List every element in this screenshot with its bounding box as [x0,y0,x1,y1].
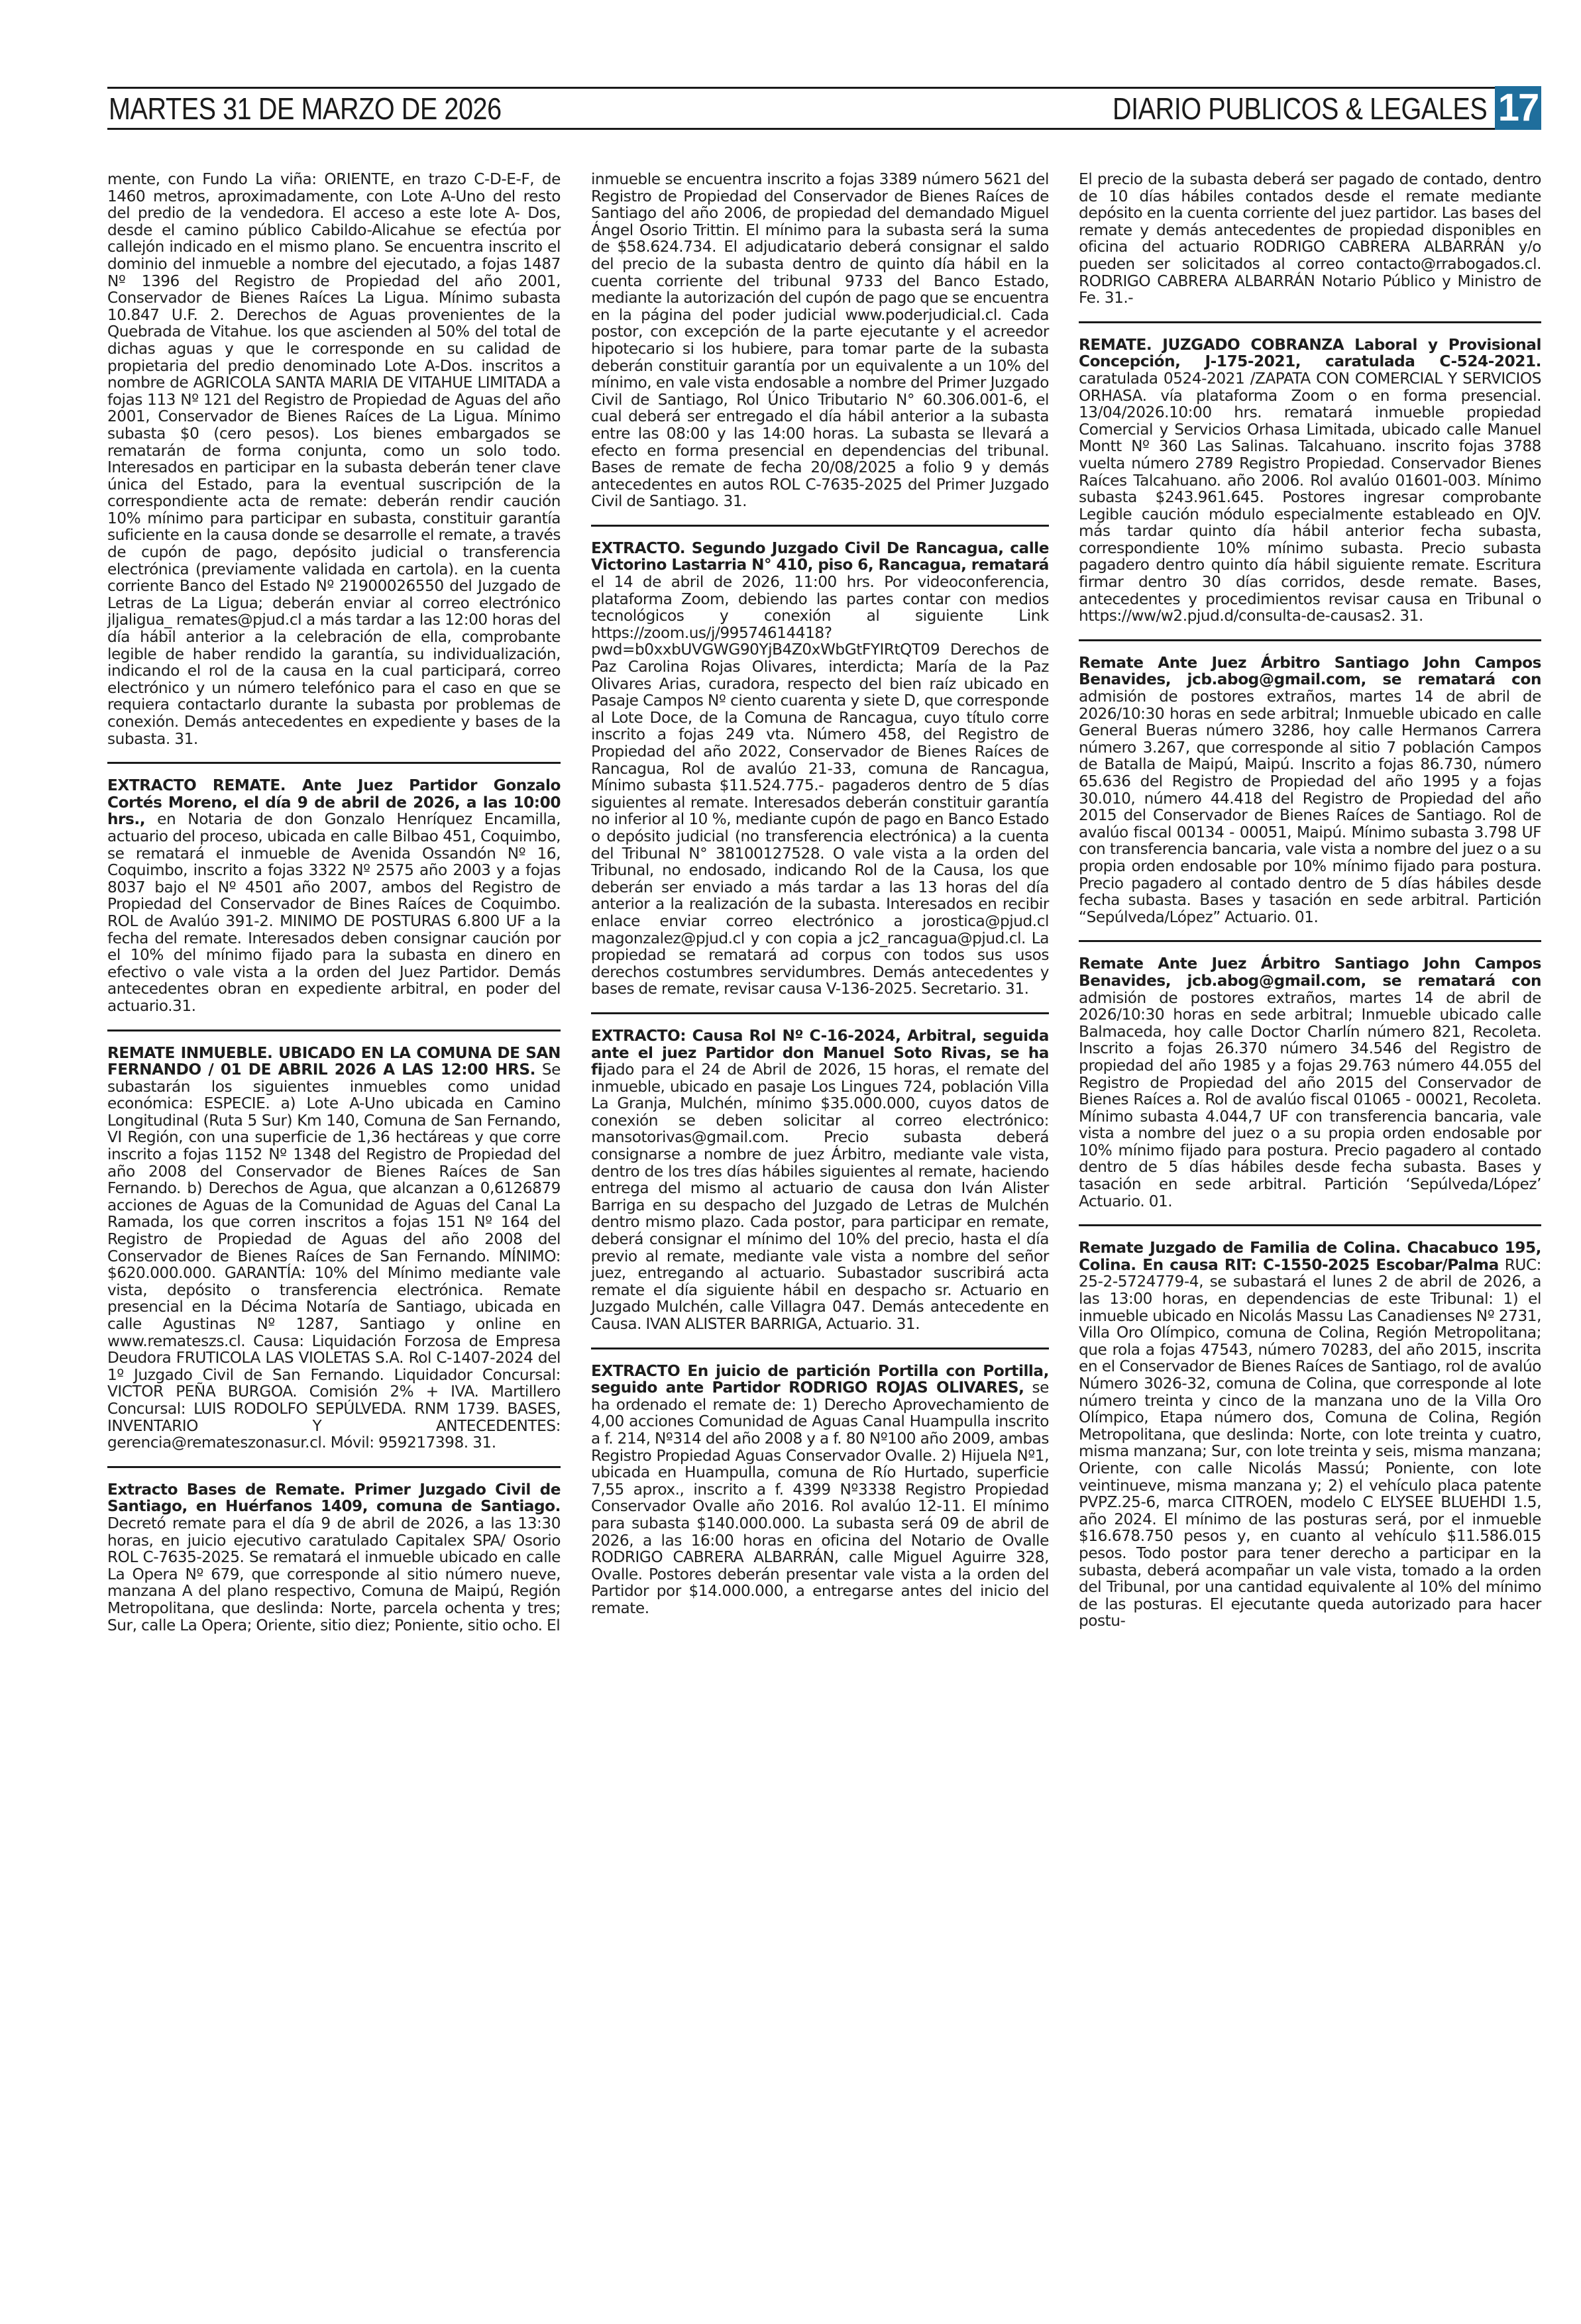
notice-continuation-santiago: inmueble se encuentra inscrito a fojas 3… [591,171,1049,510]
notice-divider [1079,1224,1541,1226]
notice-body: el 14 de abril de 2026, 11:00 hrs. Por v… [591,573,1049,998]
notice-divider [1079,321,1541,323]
notice-divider [107,1030,561,1031]
notice-divider [107,762,561,764]
notice-body: mente, con Fundo La viña: ORIENTE, en tr… [107,170,561,748]
notice-divider [591,1012,1049,1014]
notice-body: admisión de postores extraños, martes 14… [1079,688,1541,926]
notice-divider [107,1466,561,1468]
notice-divider [591,1347,1049,1349]
notice-heading: EXTRACTO En juicio de partición Portilla… [591,1362,1049,1397]
notice-body: jado para el 24 de Abril de 2026, 15 hor… [591,1061,1049,1333]
notice-segundo-juzgado-rancagua: EXTRACTO. Segundo Juzgado Civil De Ranca… [591,540,1049,998]
masthead-bottom-rule [107,128,1495,130]
notice-particion-portilla: EXTRACTO En juicio de partición Portilla… [591,1363,1049,1617]
notice-heading: EXTRACTO. Segundo Juzgado Civil De Ranca… [591,539,1049,574]
notice-juez-arbitro-recoleta: Remate Ante Juez Árbitro Santiago John C… [1079,955,1541,1210]
notice-heading: REMATE. JUZGADO COBRANZA Laboral y Provi… [1079,336,1541,371]
issue-date: MARTES 31 DE MARZO DE 2026 [109,92,502,125]
column-1: mente, con Fundo La viña: ORIENTE, en tr… [107,171,561,1634]
notice-divider [1079,940,1541,942]
notice-heading: Extracto Bases de Remate. Primer Juzgado… [107,1481,561,1516]
notice-heading: Remate Juzgado de Familia de Colina. Cha… [1079,1239,1541,1274]
notice-juzgado-familia-colina: Remate Juzgado de Familia de Colina. Cha… [1079,1240,1541,1630]
notice-body: El precio de la subasta deberá ser pagad… [1079,170,1541,307]
column-2: inmueble se encuentra inscrito a fojas 3… [591,171,1049,1617]
column-3: El precio de la subasta deberá ser pagad… [1079,171,1541,1630]
notice-body: se ha ordenado el remate de: 1) Derecho … [591,1379,1049,1617]
notice-body: Decretó remate para el día 9 de abril de… [107,1514,561,1634]
notice-divider [1079,639,1541,641]
notice-continuation-ovalle: El precio de la subasta deberá ser pagad… [1079,171,1541,307]
notice-body: caratulada 0524-2021 /ZAPATA CON COMERCI… [1079,370,1541,625]
notice-body: Se subastarán los siguientes inmuebles c… [107,1061,561,1452]
notice-body: inmueble se encuentra inscrito a fojas 3… [591,170,1049,510]
page-number-badge: 17 [1495,86,1541,130]
masthead-top-rule [107,87,1495,89]
notice-body: admisión de postores extraños, martes 14… [1079,989,1541,1210]
notice-remate-san-fernando: REMATE INMUEBLE. UBICADO EN LA COMUNA DE… [107,1045,561,1452]
notice-extracto-remate-coquimbo: EXTRACTO REMATE. Ante Juez Partidor Gonz… [107,777,561,1014]
page-masthead: MARTES 31 DE MARZO DE 2026 DIARIO PUBLIC… [107,87,1541,131]
publication-name: DIARIO PUBLICOS & LEGALES [1113,92,1487,125]
notice-juzgado-cobranza-concepcion: REMATE. JUZGADO COBRANZA Laboral y Provi… [1079,337,1541,625]
notice-juez-arbitro-maipu: Remate Ante Juez Árbitro Santiago John C… [1079,655,1541,926]
notice-heading: Remate Ante Juez Árbitro Santiago John C… [1079,654,1541,689]
notice-body: RUC: 25-2-5724779-4, se subastará el lun… [1079,1256,1541,1630]
notice-heading: Remate Ante Juez Árbitro Santiago John C… [1079,955,1541,990]
notice-continuation-la-ligua: mente, con Fundo La viña: ORIENTE, en tr… [107,171,561,747]
notice-primer-juzgado-santiago: Extracto Bases de Remate. Primer Juzgado… [107,1481,561,1634]
notice-divider [591,525,1049,527]
notice-arbitral-mulchen: EXTRACTO: Causa Rol Nº C-16-2024, Arbitr… [591,1028,1049,1333]
notice-heading: REMATE INMUEBLE. UBICADO EN LA COMUNA DE… [107,1044,561,1079]
notice-body: en Notaria de don Gonzalo Henríquez Enca… [107,810,561,1015]
